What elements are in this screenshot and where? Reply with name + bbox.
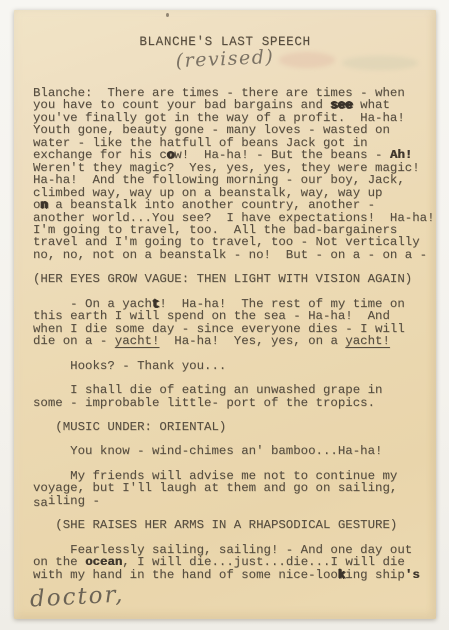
text-line: sailing - <box>33 495 428 507</box>
handwritten-doctor-annotation: doctor, <box>29 582 125 613</box>
paper-smudge <box>279 52 335 68</box>
speech-paragraph: You know - wind-chimes an' bamboo...Ha-h… <box>33 445 428 457</box>
speech-paragraph: Fearlessly sailing, sailing! - And one d… <box>33 544 428 581</box>
speech-paragraph: Blanche: There are times - there are tim… <box>33 87 428 261</box>
handwritten-revised-annotation: (revised) <box>175 46 274 72</box>
speech-paragraph: My friends will advise me not to continu… <box>33 470 428 507</box>
text-line: (HER EYES GROW VAGUE: THEN LIGHT WITH VI… <box>33 273 428 285</box>
text-line: no, no, not on a beanstalk - no! But - o… <box>33 249 428 261</box>
text-line: some - improbable little- port of the tr… <box>33 397 428 409</box>
typescript-page: BLANCHE'S LAST SPEECH (revised) Blanche:… <box>14 10 436 619</box>
speech-paragraph: - On a yacht! Ha-ha! The rest of my time… <box>33 298 428 348</box>
text-line: (SHE RAISES HER ARMS IN A RHAPSODICAL GE… <box>33 519 428 531</box>
text-line: die on a - yacht! Ha-ha! Yes, yes, on a … <box>33 335 428 347</box>
stage-direction: (HER EYES GROW VAGUE: THEN LIGHT WITH VI… <box>33 273 428 285</box>
page-title: BLANCHE'S LAST SPEECH <box>14 35 436 49</box>
text-line: You know - wind-chimes an' bamboo...Ha-h… <box>33 445 428 457</box>
typescript-body: Blanche: There are times - there are tim… <box>33 87 428 581</box>
paper-speck <box>166 13 169 17</box>
speech-paragraph: I shall die of eating an unwashed grape … <box>33 384 428 409</box>
text-line: with my hand in the hand of some nice-lo… <box>33 569 428 581</box>
text-line: Hooks? - Thank you... <box>33 360 428 372</box>
text-line: (MUSIC UNDER: ORIENTAL) <box>33 421 428 433</box>
speech-paragraph: Hooks? - Thank you... <box>33 360 428 372</box>
stage-direction: (SHE RAISES HER ARMS IN A RHAPSODICAL GE… <box>33 519 428 531</box>
stage-direction: (MUSIC UNDER: ORIENTAL) <box>33 421 428 433</box>
scan-background: BLANCHE'S LAST SPEECH (revised) Blanche:… <box>0 0 449 630</box>
paper-smudge <box>342 56 418 70</box>
